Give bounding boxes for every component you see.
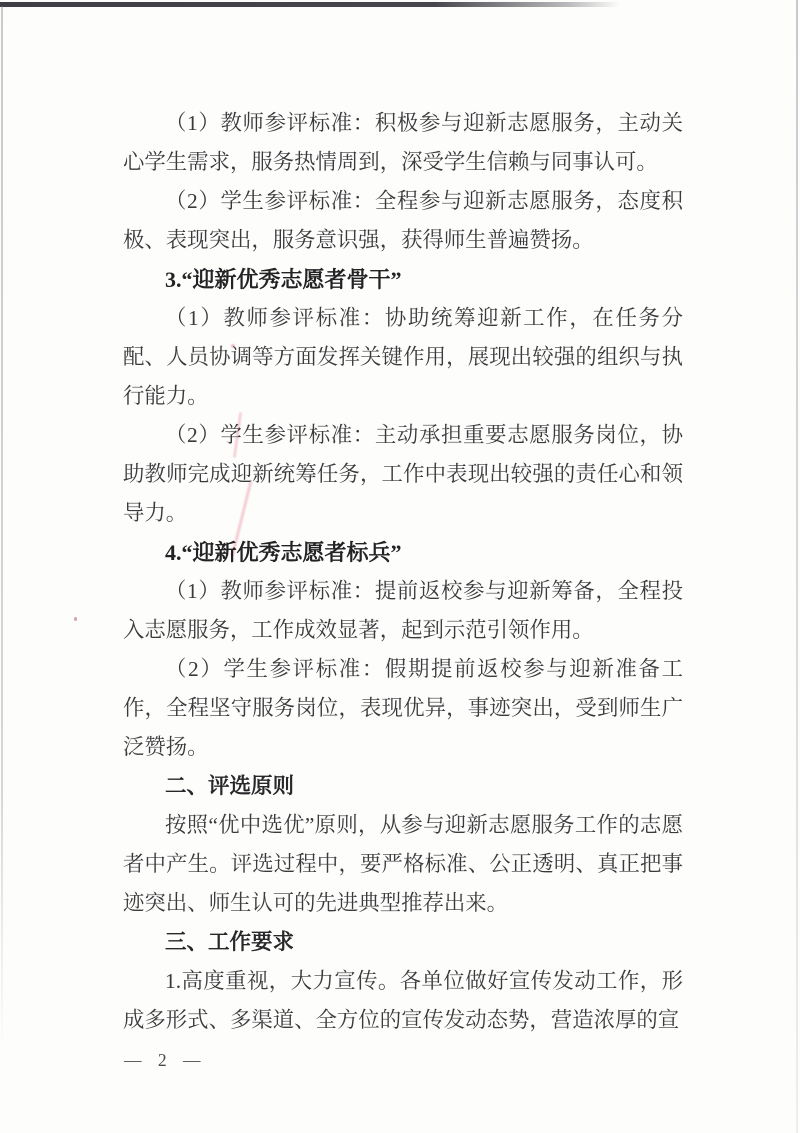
document-page: （1）教师参评标准：积极参与迎新志愿服务，主动关心学生需求，服务热情周到，深受学… xyxy=(0,0,800,1133)
body-paragraph: （2）学生参评标准：全程参与迎新志愿服务，态度积极、表现突出，服务意识强，获得师… xyxy=(123,182,683,260)
scan-edge-top xyxy=(0,2,620,7)
document-body: （1）教师参评标准：积极参与迎新志愿服务，主动关心学生需求，服务热情周到，深受学… xyxy=(123,104,683,1040)
body-paragraph: 1.高度重视，大力宣传。各单位做好宣传发动工作，形成多形式、多渠道、全方位的宣传… xyxy=(123,962,683,1040)
section-heading: 4.“迎新优秀志愿者标兵” xyxy=(123,533,683,572)
section-heading: 三、工作要求 xyxy=(123,923,683,962)
scan-edge-left xyxy=(1,6,3,1051)
scan-edge-right xyxy=(796,0,798,1133)
body-paragraph: （1）教师参评标准：提前返校参与迎新筹备，全程投入志愿服务，工作成效显著，起到示… xyxy=(123,572,683,650)
body-paragraph: （2）学生参评标准：主动承担重要志愿服务岗位，协助教师完成迎新统筹任务，工作中表… xyxy=(123,416,683,533)
body-paragraph: （1）教师参评标准：协助统筹迎新工作，在任务分配、人员协调等方面发挥关键作用，展… xyxy=(123,299,683,416)
section-heading: 二、评选原则 xyxy=(123,767,683,806)
body-paragraph: 按照“优中选优”原则，从参与迎新志愿服务工作的志愿者中产生。评选过程中，要严格标… xyxy=(123,806,683,923)
section-heading: 3.“迎新优秀志愿者骨干” xyxy=(123,260,683,299)
pink-ink-bleed-dot xyxy=(74,617,77,621)
body-paragraph: （1）教师参评标准：积极参与迎新志愿服务，主动关心学生需求，服务热情周到，深受学… xyxy=(123,104,683,182)
body-paragraph: （2）学生参评标准：假期提前返校参与迎新准备工作，全程坚守服务岗位，表现优异，事… xyxy=(123,650,683,767)
page-number: — 2 — xyxy=(124,1050,207,1071)
